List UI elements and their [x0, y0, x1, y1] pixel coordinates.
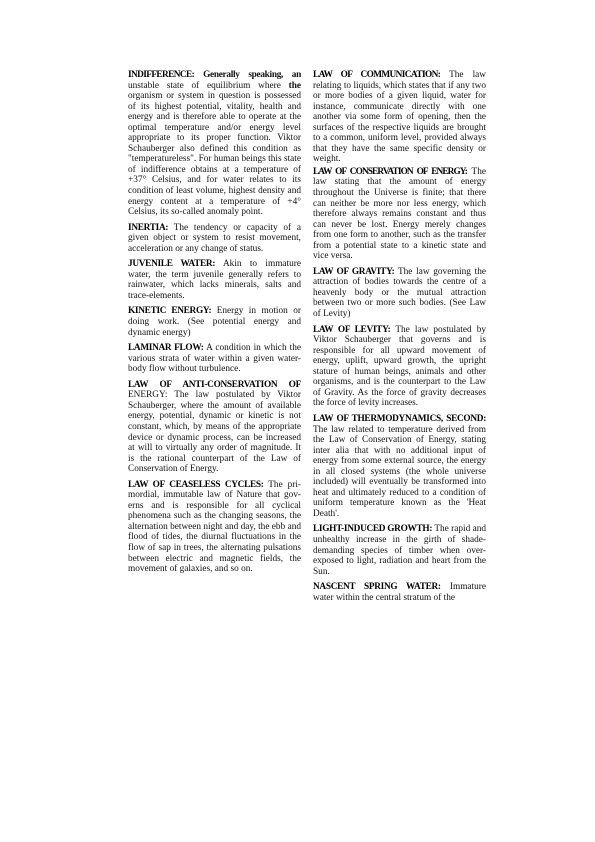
glossary-term: LAW OF COMMUNICATION: — [313, 70, 440, 80]
glossary-entry-kinetic-energy: KINETIC ENERGY: Energy in motion or doin… — [128, 306, 301, 338]
document-page: INDIFFERENCE: Generally speaking, an uns… — [0, 0, 595, 842]
glossary-entry-light-induced-growth: LIGHT-INDUCED GROWTH: The rapid and unhe… — [313, 524, 486, 577]
glossary-term: LAW OF GRAVITY: — [313, 267, 394, 277]
glossary-definition: organism or system in question is pos­se… — [128, 91, 301, 217]
glossary-term: LAMINAR FLOW: — [128, 343, 204, 353]
glossary-definition: unstable state of equilibrium where — [128, 81, 289, 91]
glossary-term: LAW OF LEVITY: — [313, 325, 390, 335]
glossary-bold-word: the — [289, 81, 301, 91]
glossary-entry-laminar-flow: LAMINAR FLOW: A condition in which the v… — [128, 343, 301, 375]
glossary-entry-law-of-conservation-of-energy: LAW OF CONSERVATION OF ENERGY: The law s… — [313, 167, 486, 262]
glossary-definition: The law stating that the amount of energ… — [313, 167, 486, 261]
right-column: LAW OF COMMUNICATION: The law relating t… — [313, 70, 486, 608]
glossary-definition: The pri­mordial, immutable law of Nature… — [128, 480, 301, 574]
glossary-entry-law-of-thermodynamics-second: LAW OF THERMODYNAMICS, SEC­OND: The law … — [313, 414, 486, 519]
glossary-term: LAW OF CONSERVATION OF ENERGY: — [313, 167, 467, 177]
glossary-definition: The law relating to liquids, which state… — [313, 70, 486, 164]
glossary-entry-law-of-anti-conservation: LAW OF ANTI-CONSERVATION OF ENERGY: The … — [128, 380, 301, 475]
glossary-term: KINETIC ENERGY: — [128, 306, 211, 316]
glossary-term: INDIFFERENCE: — [128, 70, 194, 80]
glossary-lead-bold: Generally speaking, an — [203, 70, 301, 80]
glossary-term: LAW OF CEASELESS CYCLES: — [128, 480, 264, 490]
glossary-entry-juvenile-water: JUVENILE WATER: Akin to immature water, … — [128, 259, 301, 301]
glossary-definition: The law related to temperature derived f… — [313, 425, 486, 519]
glossary-term: INERTIA: — [128, 223, 168, 233]
glossary-term: NASCENT SPRING WATER: — [313, 582, 441, 592]
glossary-entry-indifference: INDIFFERENCE: Generally speaking, an uns… — [128, 70, 301, 218]
glossary-definition: The law postulated by Viktor Schauberger… — [313, 325, 486, 409]
glossary-term: LAW OF THERMODYNAMICS, SEC­OND: — [313, 414, 486, 424]
glossary-term: LAW OF ANTI-CONSERVATION OF — [128, 380, 301, 390]
glossary-definition: ENERGY: The law postulated by Viktor Sch… — [128, 390, 301, 474]
glossary-entry-nascent-spring-water: NASCENT SPRING WATER: Immature water wit… — [313, 582, 486, 603]
glossary-entry-inertia: INERTIA: The tendency or capacity of a g… — [128, 223, 301, 255]
glossary-term: LIGHT-INDUCED GROWTH: — [313, 524, 432, 534]
glossary-term: JUVENILE WATER: — [128, 259, 215, 269]
glossary-entry-law-of-gravity: LAW OF GRAVITY: The law governing the at… — [313, 267, 486, 320]
glossary-entry-law-of-communication: LAW OF COMMUNICATION: The law relating t… — [313, 70, 486, 165]
glossary-entry-law-of-levity: LAW OF LEVITY: The law postulated by Vik… — [313, 325, 486, 409]
left-column: INDIFFERENCE: Generally speaking, an uns… — [128, 70, 301, 580]
glossary-entry-law-of-ceaseless-cycles: LAW OF CEASELESS CYCLES: The pri­mordial… — [128, 480, 301, 575]
